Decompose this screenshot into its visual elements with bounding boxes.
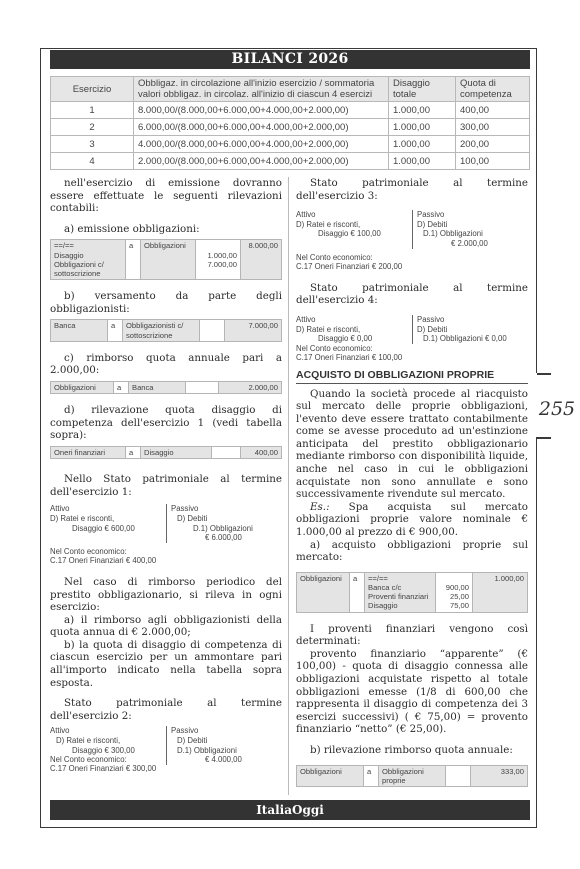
sp4-title: Stato patrimoniale al termine dell'eserc… [296,282,528,307]
footer-brand: ItaliaOggi [50,800,530,820]
stato-patrimoniale-2: Attivo D) Ratei e risconti, Disaggio € 3… [50,726,282,774]
table-row: 26.000,00/(8.000,00+6.000,00+4.000,00+2.… [51,119,530,136]
sp1-title: Nello Stato patrimoniale al termine dell… [50,473,282,498]
entry-rimborso-title: b) rilevazione rimborso quota annuale: [296,744,528,757]
example-paragraph: Es.: Spa acquista sul mercato obbligazio… [296,501,528,539]
periodic-a: a) il rimborso agli obbligazionisti dell… [50,614,282,639]
page-bracket-top [537,373,551,375]
sp3-title: Stato patrimoniale al termine dell'eserc… [296,177,528,202]
journal-entry-rimborso: Obbligazioni a Obbligazioni proprie 333,… [296,765,528,787]
left-column: nell'esercizio di emissione dovranno ess… [50,177,282,776]
periodic-b: b) la quota di disaggio di competenza di… [50,639,282,689]
proventi-paragraph: I proventi finanziari vengono così deter… [296,623,528,648]
acquisto-paragraph: Quando la società procede al riacquisto … [296,388,528,501]
col-header-formula: Obbligaz. in circolazione all'inizio ese… [134,77,389,102]
table-header-row: Esercizio Obbligaz. in circolazione all'… [51,77,530,102]
col-header-quota: Quota di competenza [456,77,530,102]
journal-entry-c: Obbligazioni a Banca 2.000,00 [50,381,282,394]
journal-entry-a: ==/== Disaggio Obbligazioni c/ sottoscri… [50,239,282,280]
entry-b-title: b) versamento da parte degli obbligazion… [50,290,282,315]
table-row: 42.000,00/(8.000,00+6.000,00+4.000,00+2.… [51,153,530,170]
right-column: Stato patrimoniale al termine dell'eserc… [296,177,528,793]
journal-entry-b: Banca a Obbligazionisti c/ sottoscrizion… [50,319,282,341]
stato-patrimoniale-4: Attivo D) Ratei e risconti, Disaggio € 0… [296,315,528,363]
page-number: 255 [537,398,577,420]
journal-entry-acquisto: Obbligazioni a ==/== Banca c/c Proventi … [296,572,528,613]
header-title: BILANCI 2026 [50,50,530,69]
calc-paragraph: provento finanziario “apparente” (€ 100,… [296,648,528,736]
page-bracket-bottom [537,437,551,439]
table-row: 34.000,00/(8.000,00+6.000,00+4.000,00+2.… [51,136,530,153]
col-header-disaggio: Disaggio totale [389,77,456,102]
column-divider [288,177,289,795]
section-title: ACQUISTO DI OBBLIGAZIONI PROPRIE [296,369,528,384]
disaggio-table: Esercizio Obbligaz. in circolazione all'… [50,76,530,170]
periodic-paragraph: Nel caso di rimborso periodico del prest… [50,576,282,614]
intro-paragraph: nell'esercizio di emissione dovranno ess… [50,177,282,215]
table-row: 18.000,00/(8.000,00+6.000,00+4.000,00+2.… [51,102,530,119]
stato-patrimoniale-1: Attivo D) Ratei e risconti, Disaggio € 6… [50,504,282,566]
journal-entry-d: Oneri finanziari a Disaggio 400,00 [50,446,282,459]
entry-acquisto-title: a) acquisto obbligazioni proprie sul mer… [296,539,528,564]
entry-d-title: d) rilevazione quota disaggio di compete… [50,404,282,442]
entry-a-title: a) emissione obbligazioni: [50,223,282,236]
col-header-esercizio: Esercizio [51,77,134,102]
stato-patrimoniale-3: Attivo D) Ratei e risconti, Disaggio € 1… [296,210,528,272]
entry-c-title: c) rimborso quota annuale pari a 2.000,0… [50,352,282,377]
sp2-title: Stato patrimoniale al termine dell'eserc… [50,697,282,722]
